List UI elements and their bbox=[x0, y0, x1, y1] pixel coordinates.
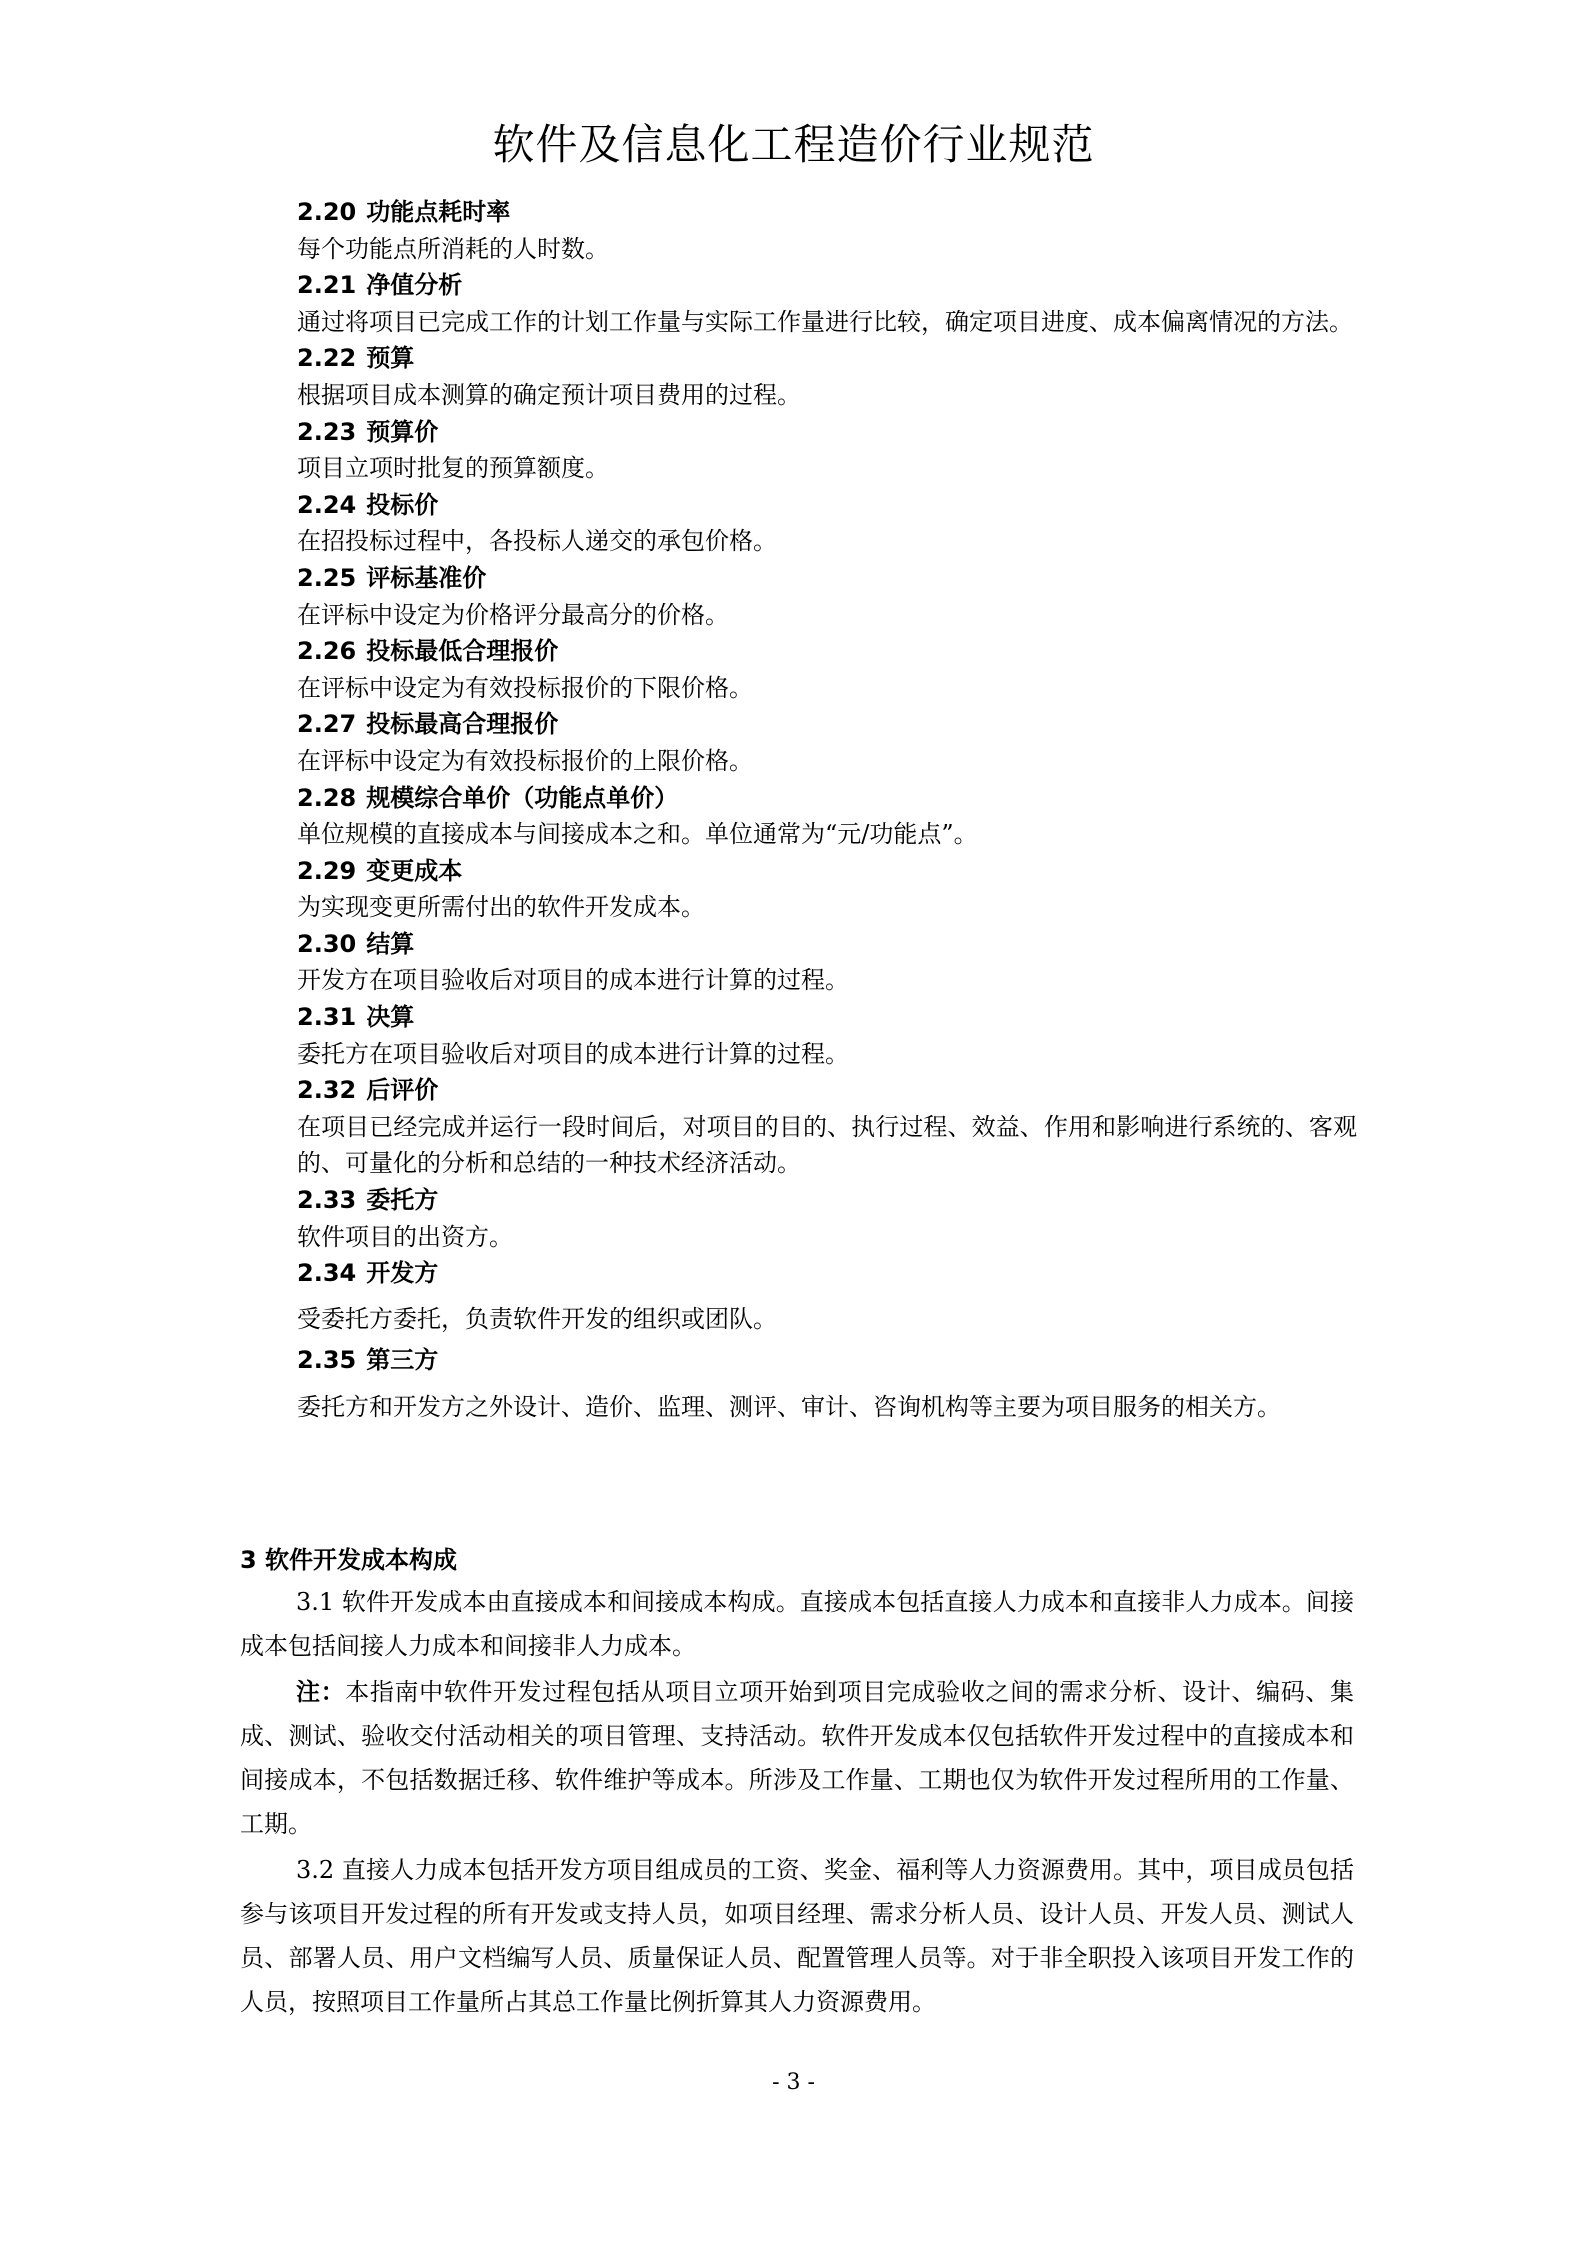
term-definition: 单位规模的直接成本与间接成本之和。单位通常为“元/功能点”。 bbox=[297, 816, 1357, 853]
term-number: 2.32 bbox=[297, 1076, 356, 1104]
term-definition: 委托方和开发方之外设计、造价、监理、测评、审计、咨询机构等主要为项目服务的相关方… bbox=[297, 1384, 1357, 1430]
term-name: 决算 bbox=[366, 1003, 414, 1031]
definition-2-29: 2.29变更成本 为实现变更所需付出的软件开发成本。 bbox=[297, 853, 1357, 926]
term-definition: 受委托方委托，负责软件开发的组织或团队。 bbox=[297, 1296, 1357, 1342]
definition-2-27: 2.27投标最高合理报价 在评标中设定为有效投标报价的上限价格。 bbox=[297, 706, 1357, 779]
term-number: 2.24 bbox=[297, 491, 356, 519]
term-definition: 开发方在项目验收后对项目的成本进行计算的过程。 bbox=[297, 962, 1357, 999]
definition-2-30: 2.30结算 开发方在项目验收后对项目的成本进行计算的过程。 bbox=[297, 926, 1357, 999]
page-title: 软件及信息化工程造价行业规范 bbox=[0, 112, 1587, 172]
term-name: 预算 bbox=[366, 344, 414, 372]
term-name: 评标基准价 bbox=[366, 564, 486, 592]
term-name: 开发方 bbox=[366, 1259, 438, 1287]
note-label: 注： bbox=[296, 1678, 345, 1706]
term-name: 功能点耗时率 bbox=[366, 198, 510, 226]
term-definition: 软件项目的出资方。 bbox=[297, 1219, 1357, 1256]
definition-2-26: 2.26投标最低合理报价 在评标中设定为有效投标报价的下限价格。 bbox=[297, 633, 1357, 706]
term-name: 第三方 bbox=[366, 1346, 438, 1374]
term-heading: 2.32后评价 bbox=[297, 1072, 1357, 1109]
paragraph-3-2: 3.2 直接人力成本包括开发方项目组成员的工资、奖金、福利等人力资源费用。其中，… bbox=[240, 1848, 1354, 2024]
term-number: 2.35 bbox=[297, 1346, 356, 1374]
term-definition: 为实现变更所需付出的软件开发成本。 bbox=[297, 889, 1357, 926]
definition-2-28: 2.28规模综合单价（功能点单价） 单位规模的直接成本与间接成本之和。单位通常为… bbox=[297, 780, 1357, 853]
term-definition: 在评标中设定为有效投标报价的上限价格。 bbox=[297, 743, 1357, 780]
term-name: 投标最低合理报价 bbox=[366, 637, 558, 665]
term-heading: 2.24投标价 bbox=[297, 487, 1357, 524]
definition-2-35: 2.35第三方 委托方和开发方之外设计、造价、监理、测评、审计、咨询机构等主要为… bbox=[297, 1342, 1357, 1431]
definition-2-21: 2.21净值分析 通过将项目已完成工作的计划工作量与实际工作量进行比较，确定项目… bbox=[297, 267, 1357, 340]
term-heading: 2.23预算价 bbox=[297, 414, 1357, 451]
term-number: 2.23 bbox=[297, 418, 356, 446]
term-number: 2.25 bbox=[297, 564, 356, 592]
definition-2-34: 2.34开发方 受委托方委托，负责软件开发的组织或团队。 bbox=[297, 1255, 1357, 1342]
term-name: 投标价 bbox=[366, 491, 438, 519]
term-heading: 2.34开发方 bbox=[297, 1255, 1357, 1292]
term-heading: 2.26投标最低合理报价 bbox=[297, 633, 1357, 670]
note-text: 本指南中软件开发过程包括从项目立项开始到项目完成验收之间的需求分析、设计、编码、… bbox=[240, 1678, 1354, 1838]
term-heading: 2.30结算 bbox=[297, 926, 1357, 963]
term-definition: 项目立项时批复的预算额度。 bbox=[297, 450, 1357, 487]
term-number: 2.28 bbox=[297, 784, 356, 812]
definition-2-25: 2.25评标基准价 在评标中设定为价格评分最高分的价格。 bbox=[297, 560, 1357, 633]
term-heading: 2.20功能点耗时率 bbox=[297, 194, 1357, 231]
term-number: 2.29 bbox=[297, 857, 356, 885]
term-heading: 2.31决算 bbox=[297, 999, 1357, 1036]
term-number: 2.26 bbox=[297, 637, 356, 665]
term-definition: 在评标中设定为价格评分最高分的价格。 bbox=[297, 597, 1357, 634]
term-heading: 2.33委托方 bbox=[297, 1182, 1357, 1219]
term-definition: 委托方在项目验收后对项目的成本进行计算的过程。 bbox=[297, 1036, 1357, 1073]
term-heading: 2.22预算 bbox=[297, 340, 1357, 377]
term-heading: 2.27投标最高合理报价 bbox=[297, 706, 1357, 743]
definitions-list: 2.20功能点耗时率 每个功能点所消耗的人时数。 2.21净值分析 通过将项目已… bbox=[297, 194, 1357, 1430]
term-name: 结算 bbox=[366, 930, 414, 958]
term-definition: 通过将项目已完成工作的计划工作量与实际工作量进行比较，确定项目进度、成本偏离情况… bbox=[297, 304, 1357, 341]
section-heading: 3 软件开发成本构成 bbox=[240, 1542, 1354, 1578]
note-paragraph: 注：本指南中软件开发过程包括从项目立项开始到项目完成验收之间的需求分析、设计、编… bbox=[240, 1670, 1354, 1846]
term-heading: 2.35第三方 bbox=[297, 1342, 1357, 1379]
term-number: 2.31 bbox=[297, 1003, 356, 1031]
section-3: 3 软件开发成本构成 3.1 软件开发成本由直接成本和间接成本构成。直接成本包括… bbox=[240, 1542, 1354, 2024]
page-number: - 3 - bbox=[0, 2070, 1587, 2095]
term-number: 2.20 bbox=[297, 198, 356, 226]
definition-2-33: 2.33委托方 软件项目的出资方。 bbox=[297, 1182, 1357, 1255]
definition-2-23: 2.23预算价 项目立项时批复的预算额度。 bbox=[297, 414, 1357, 487]
term-name: 委托方 bbox=[366, 1186, 438, 1214]
term-number: 2.27 bbox=[297, 710, 356, 738]
term-definition: 每个功能点所消耗的人时数。 bbox=[297, 231, 1357, 268]
term-definition: 在项目已经完成并运行一段时间后，对项目的目的、执行过程、效益、作用和影响进行系统… bbox=[297, 1109, 1357, 1182]
term-number: 2.22 bbox=[297, 344, 356, 372]
definition-2-20: 2.20功能点耗时率 每个功能点所消耗的人时数。 bbox=[297, 194, 1357, 267]
term-heading: 2.29变更成本 bbox=[297, 853, 1357, 890]
term-name: 投标最高合理报价 bbox=[366, 710, 558, 738]
term-heading: 2.28规模综合单价（功能点单价） bbox=[297, 780, 1357, 817]
term-name: 净值分析 bbox=[366, 271, 462, 299]
term-definition: 根据项目成本测算的确定预计项目费用的过程。 bbox=[297, 377, 1357, 414]
term-heading: 2.21净值分析 bbox=[297, 267, 1357, 304]
term-definition: 在招投标过程中，各投标人递交的承包价格。 bbox=[297, 523, 1357, 560]
term-heading: 2.25评标基准价 bbox=[297, 560, 1357, 597]
term-name: 变更成本 bbox=[366, 857, 462, 885]
term-name: 后评价 bbox=[366, 1076, 438, 1104]
definition-2-22: 2.22预算 根据项目成本测算的确定预计项目费用的过程。 bbox=[297, 340, 1357, 413]
term-name: 预算价 bbox=[366, 418, 438, 446]
term-number: 2.33 bbox=[297, 1186, 356, 1214]
paragraph-3-1: 3.1 软件开发成本由直接成本和间接成本构成。直接成本包括直接人力成本和直接非人… bbox=[240, 1580, 1354, 1668]
term-name: 规模综合单价（功能点单价） bbox=[366, 784, 678, 812]
term-number: 2.21 bbox=[297, 271, 356, 299]
term-number: 2.30 bbox=[297, 930, 356, 958]
definition-2-31: 2.31决算 委托方在项目验收后对项目的成本进行计算的过程。 bbox=[297, 999, 1357, 1072]
definition-2-24: 2.24投标价 在招投标过程中，各投标人递交的承包价格。 bbox=[297, 487, 1357, 560]
term-number: 2.34 bbox=[297, 1259, 356, 1287]
definition-2-32: 2.32后评价 在项目已经完成并运行一段时间后，对项目的目的、执行过程、效益、作… bbox=[297, 1072, 1357, 1182]
term-definition: 在评标中设定为有效投标报价的下限价格。 bbox=[297, 670, 1357, 707]
